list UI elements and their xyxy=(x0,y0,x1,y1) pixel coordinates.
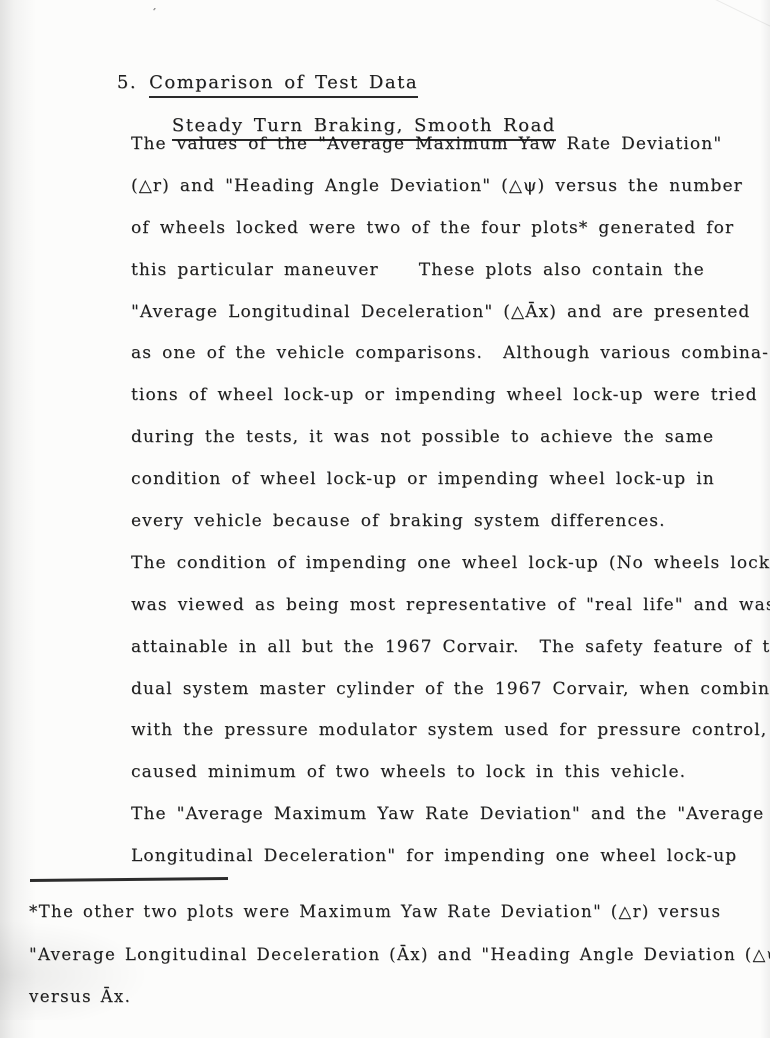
body-line: caused minimum of two wheels to lock in … xyxy=(131,761,756,783)
body-paragraph: The values of the "Average Maximum Yaw R… xyxy=(131,133,756,887)
body-line: as one of the vehicle comparisons. Altho… xyxy=(131,342,756,364)
footnote-line: versus Āx. xyxy=(29,985,764,1008)
stray-ink-mark: ´ xyxy=(151,7,157,20)
body-line: dual system master cylinder of the 1967 … xyxy=(131,678,756,700)
page-left-edge-shadow xyxy=(0,0,36,1038)
body-line: "Average Longitudinal Deceleration" (△Āx… xyxy=(131,301,756,323)
body-line: attainable in all but the 1967 Corvair. … xyxy=(131,636,756,658)
body-line: (△r) and "Heading Angle Deviation" (△ψ) … xyxy=(131,175,756,197)
body-line: The "Average Maximum Yaw Rate Deviation"… xyxy=(131,803,756,825)
body-line: every vehicle because of braking system … xyxy=(131,510,756,532)
body-line: condition of wheel lock-up or impending … xyxy=(131,468,756,490)
body-line: tions of wheel lock-up or impending whee… xyxy=(131,384,756,406)
body-line: with the pressure modulator system used … xyxy=(131,719,756,741)
scanned-document-page: ´ 5.Comparison of Test Data Steady Turn … xyxy=(0,0,770,1038)
footnote-line: *The other two plots were Maximum Yaw Ra… xyxy=(29,900,764,923)
body-line: of wheels locked were two of the four pl… xyxy=(131,217,756,239)
body-line: Longitudinal Deceleration" for impending… xyxy=(131,845,756,867)
body-line: The condition of impending one wheel loc… xyxy=(131,552,756,574)
footnote: *The other two plots were Maximum Yaw Ra… xyxy=(29,900,764,1028)
page-corner-artifact xyxy=(684,0,770,37)
body-line: was viewed as being most representative … xyxy=(131,594,756,616)
page-right-edge-shadow xyxy=(760,0,770,1038)
body-line: this particular maneuver These plots als… xyxy=(131,259,756,281)
body-line: during the tests, it was not possible to… xyxy=(131,426,756,448)
body-line: The values of the "Average Maximum Yaw R… xyxy=(131,133,756,155)
footnote-line: "Average Longitudinal Deceleration (Āx) … xyxy=(29,943,764,966)
